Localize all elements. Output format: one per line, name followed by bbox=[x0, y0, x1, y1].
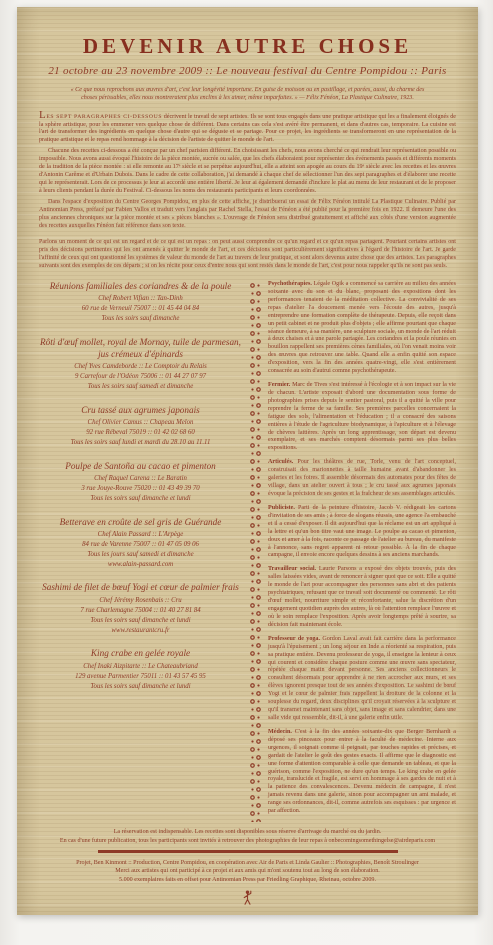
intro-lead: Les sept paragraphes ci-dessous bbox=[39, 114, 162, 120]
profile-text: Marc de Tives s'est intéressé à l'écolog… bbox=[268, 382, 456, 451]
printer-mark-icon bbox=[39, 890, 456, 910]
profile-text: Laurie Parsons a exposé des objets trouv… bbox=[268, 566, 456, 627]
menu-item: Poulpe de Santoña au cacao et pimenton C… bbox=[39, 461, 242, 504]
two-column-section: Réunions familiales des coriandres & de … bbox=[39, 281, 456, 822]
menu-item: Réunions familiales des coriandres & de … bbox=[39, 281, 242, 324]
page-title: DEVENIR AUTRE CHOSE bbox=[39, 35, 456, 58]
profile-lead: Professeur de yoga. bbox=[268, 636, 320, 642]
feneon-epigraph: « Ce que nous reprochons aux œuvres d'ar… bbox=[64, 86, 431, 102]
profile-lead: Articulés. bbox=[268, 459, 293, 465]
menu-item: Betterave en croûte de sel gris de Guéra… bbox=[39, 517, 242, 570]
reservation-line: La réservation est indispensable. Les re… bbox=[39, 828, 456, 837]
hours-line: Tous les soirs sauf dimanche et lundi bbox=[39, 682, 242, 692]
address-line: 9 Carrefour de l'Odéon 75006 :: 01 44 27… bbox=[39, 372, 242, 382]
profile-text: Parti de la peinture d'histoire, Jacob V… bbox=[268, 505, 456, 559]
profile-lead: Publiciste. bbox=[268, 505, 295, 511]
footer-block: Projet, Ben Kinmont :: Production, Centr… bbox=[39, 859, 456, 885]
profile-lead: Médecin. bbox=[268, 729, 292, 735]
intro-paragraph-3: Dans l'espace d'exposition du Centre Geo… bbox=[39, 199, 456, 231]
intro-block: Les sept paragraphes ci-dessous décriven… bbox=[39, 113, 456, 232]
menu-item: Cru tassé aux agrumes japonais Chef Oliv… bbox=[39, 405, 242, 448]
address-line: 7 rue Charlemagne 75004 :: 01 40 27 81 8… bbox=[39, 606, 242, 616]
hours-line: Tous les soirs sauf dimanche bbox=[39, 314, 242, 324]
profile-text: C'est à la fin des années soixante-dix q… bbox=[268, 729, 456, 814]
hours-line: Tous les jours sauf samedi et dimanche bbox=[39, 550, 242, 560]
profile-paragraph: Articulés. Pour les théâtres de rue, Tor… bbox=[268, 459, 456, 499]
profile-paragraph: Travailleur social. Laurie Parsons a exp… bbox=[268, 566, 456, 629]
festival-subtitle: 21 octobre au 23 novembre 2009 :: Le nou… bbox=[39, 65, 456, 77]
profile-paragraph: Fermier. Marc de Tives s'est intéressé à… bbox=[268, 382, 456, 453]
dish-title: Rôti d'œuf mollet, royal de Mornay, tuil… bbox=[39, 337, 242, 360]
menu-item: Rôti d'œuf mollet, royal de Mornay, tuil… bbox=[39, 337, 242, 392]
colophon-line: 5.000 exemplaires faits en offset pour A… bbox=[39, 876, 456, 885]
menu-column: Réunions familiales des coriandres & de … bbox=[39, 281, 242, 822]
dish-title: Cru tassé aux agrumes japonais bbox=[39, 405, 242, 417]
dish-title: Poulpe de Santoña au cacao et pimenton bbox=[39, 461, 242, 473]
hours-line: Tous les soirs sauf dimanche et lundi bbox=[39, 494, 242, 504]
hours-line: Tous les soirs sauf lundi et mardi du 28… bbox=[39, 438, 242, 448]
photo-background: DEVENIR AUTRE CHOSE 21 octobre au 23 nov… bbox=[0, 0, 493, 945]
chef-line: Chef Robert Vifian :: Tan-Dinh bbox=[39, 294, 242, 304]
profile-paragraph: Psychothérapies. Légale Ogik a commencé … bbox=[268, 281, 456, 376]
chef-line: Chef Jérémy Rosenbais :: Cru bbox=[39, 596, 242, 606]
profile-paragraph: Professeur de yoga. Gordon Laval avait f… bbox=[268, 636, 456, 723]
chef-line: Chef Olivier Camus :: Chapeau Melon bbox=[39, 418, 242, 428]
dish-title: Réunions familiales des coriandres & de … bbox=[39, 281, 242, 293]
hours-line: Tous les soirs sauf samedi et dimanche bbox=[39, 382, 242, 392]
website-line: www.restaurantcru.fr bbox=[39, 626, 242, 636]
chef-line: Chef Alain Passard :: L'Arpège bbox=[39, 530, 242, 540]
profile-paragraph: Médecin. C'est à la fin des années soixa… bbox=[268, 729, 456, 816]
dish-title: Betterave en croûte de sel gris de Guéra… bbox=[39, 517, 242, 529]
publication-line: En cas d'une future publication, tous le… bbox=[39, 837, 456, 846]
chef-line: Chef Raquel Carena :: Le Baratin bbox=[39, 474, 242, 484]
divider-rule bbox=[98, 850, 398, 853]
chef-line: Chef Inaki Aizpitarte :: Le Chateaubrian… bbox=[39, 662, 242, 672]
profile-lead: Fermier. bbox=[268, 382, 290, 388]
chef-line: Chef Yves Camdeborde :: Le Comptoir du R… bbox=[39, 362, 242, 372]
ornament-divider bbox=[248, 281, 263, 822]
address-line: 129 avenue Parmentier 75011 :: 01 43 57 … bbox=[39, 672, 242, 682]
intro-paragraph-2: Chacune des recettes ci-dessous a été co… bbox=[39, 148, 456, 196]
profile-text: Légale Ogik a commencé sa carrière au mi… bbox=[268, 281, 456, 374]
credits-line: Projet, Ben Kinmont :: Production, Centr… bbox=[39, 859, 456, 868]
poster: DEVENIR AUTRE CHOSE 21 octobre au 23 nov… bbox=[17, 7, 478, 915]
intro-paragraph-1: Les sept paragraphes ci-dessous décriven… bbox=[39, 113, 456, 146]
thanks-line: Merci aux artistes qui ont participé à c… bbox=[39, 867, 456, 876]
menu-item: King crabe en gelée royale Chef Inaki Ai… bbox=[39, 648, 242, 691]
website-line: www.alain-passard.com bbox=[39, 560, 242, 570]
profiles-column: Psychothérapies. Légale Ogik a commencé … bbox=[268, 281, 456, 822]
profile-lead: Travailleur social. bbox=[268, 566, 316, 572]
profile-paragraph: Publiciste. Parti de la peinture d'histo… bbox=[268, 505, 456, 560]
dish-title: Sashimi de filet de bœuf Yogi et cœur de… bbox=[39, 582, 242, 594]
profile-lead: Psychothérapies. bbox=[268, 281, 312, 287]
profile-text: Gordon Laval avait fait carrière dans la… bbox=[268, 636, 456, 721]
address-line: 60 rue de Verneuil 75007 :: 01 45 44 04 … bbox=[39, 304, 242, 314]
hours-line: Tous les soirs sauf dimanche et lundi bbox=[39, 616, 242, 626]
closing-block: La réservation est indispensable. Les re… bbox=[39, 828, 456, 845]
bridge-paragraph: Parlons un moment de ce qui est un regar… bbox=[39, 239, 456, 271]
menu-item: Sashimi de filet de bœuf Yogi et cœur de… bbox=[39, 582, 242, 635]
dish-title: King crabe en gelée royale bbox=[39, 648, 242, 660]
profile-text: Pour les théâtres de rue, Torle, venu de… bbox=[268, 459, 456, 497]
address-line: 84 rue de Varenne 75007 :: 01 47 05 09 0… bbox=[39, 540, 242, 550]
address-line: 3 rue Jouye-Rouve 75020 :: 01 43 49 39 7… bbox=[39, 484, 242, 494]
address-line: 92 rue Rébeval 75019 :: 01 42 02 68 60 bbox=[39, 428, 242, 438]
